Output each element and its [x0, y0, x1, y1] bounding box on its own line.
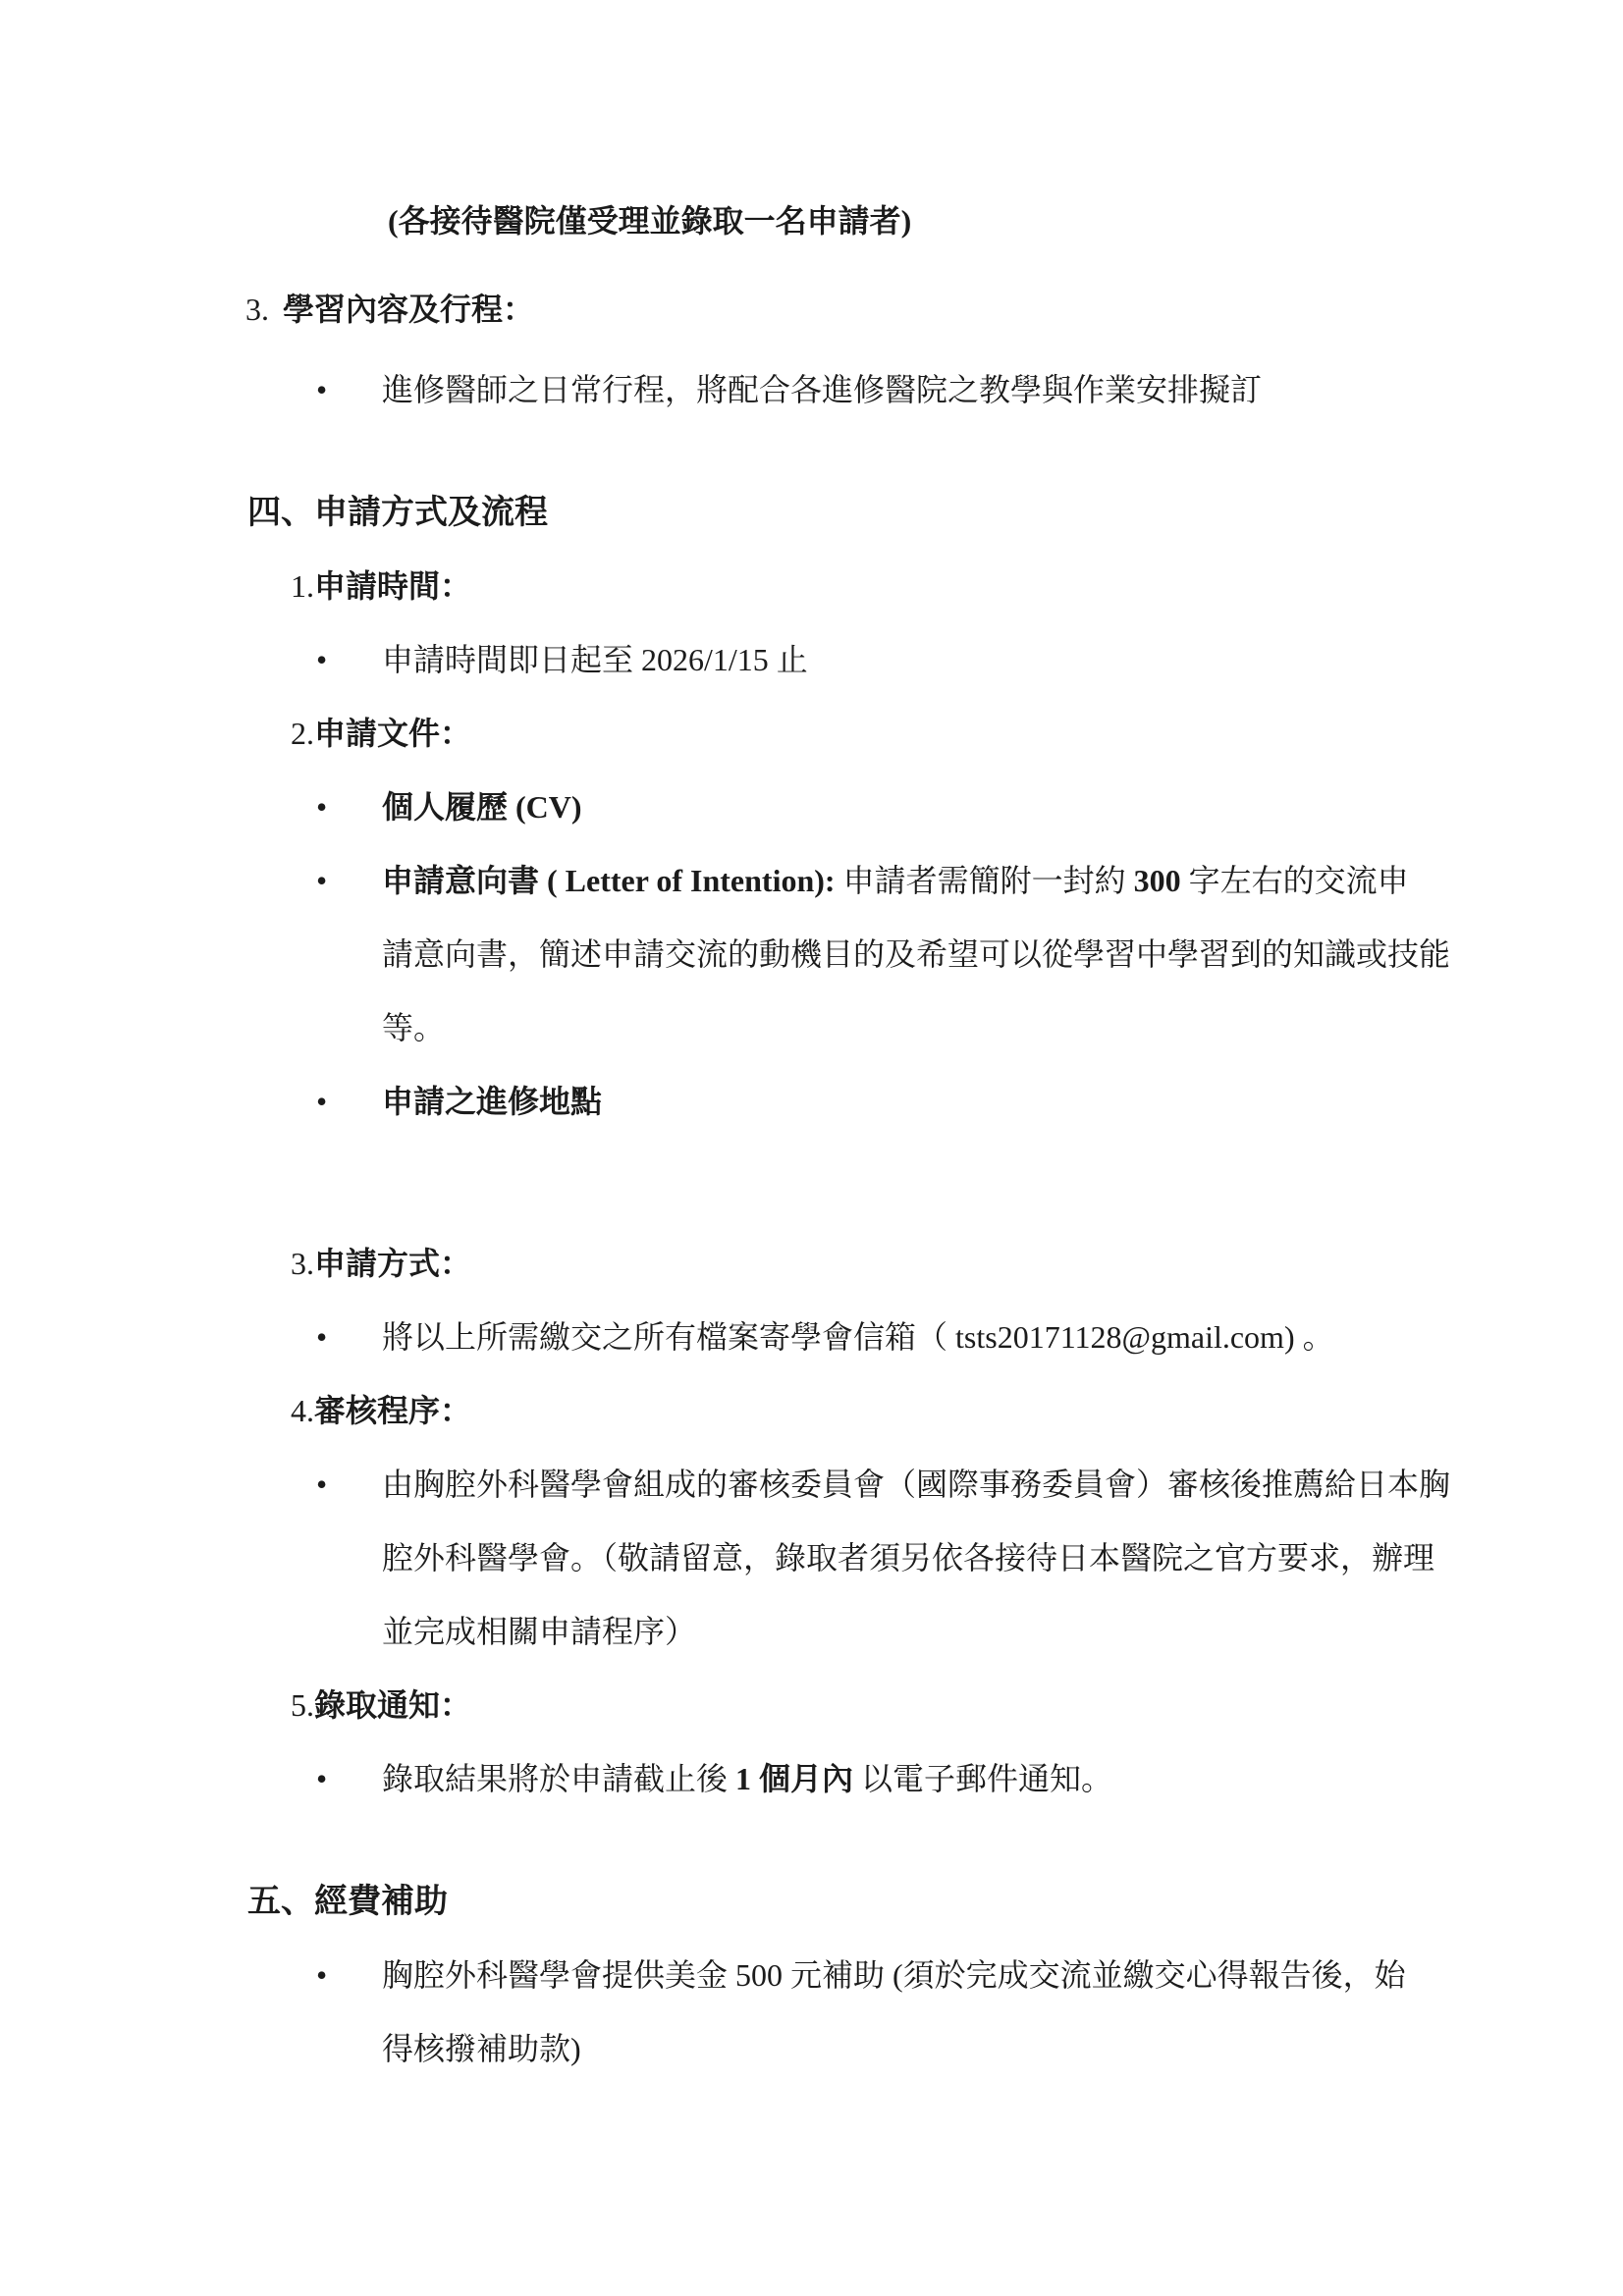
- bullet-icon: •: [316, 353, 327, 427]
- bullet-application-period: • 申請時間即日起至 2026/1/15 止: [0, 623, 1623, 697]
- bullet-text: 胸腔外科醫學會提供美金 500 元補助 (須於完成交流並繳交心得報告後，始: [382, 1957, 1406, 1993]
- sub-item-number: 5.: [291, 1687, 314, 1723]
- bullet-cv: • 個人履歷 (CV): [0, 771, 1623, 844]
- sub-item-label: 錄取通知：: [314, 1687, 471, 1723]
- item-title: 學習內容及行程：: [283, 292, 534, 327]
- bullet-icon: •: [316, 1939, 327, 2012]
- sub-item-application-documents: 2.申請文件：: [0, 697, 1623, 771]
- loi-text-2: 字左右的交流申: [1181, 863, 1409, 898]
- sub-item-number: 3.: [291, 1246, 314, 1281]
- document-page: (各接待醫院僅受理並錄取一名申請者) 3.學習內容及行程： • 進修醫師之日常行…: [0, 0, 1623, 2296]
- bullet-review-committee-line3: 並完成相關申請程序）: [0, 1595, 1623, 1669]
- bullet-text: 個人履歷 (CV): [382, 789, 582, 825]
- sub-item-label: 申請時間：: [314, 568, 471, 604]
- sub-item-review-procedure: 4.審核程序：: [0, 1374, 1623, 1448]
- list-item-study-content: 3.學習內容及行程：: [0, 273, 1623, 347]
- bullet-daily-schedule: • 進修醫師之日常行程，將配合各進修醫院之教學與作業安排擬訂: [0, 353, 1623, 427]
- loi-text-1: 申請者需簡附一封約: [836, 863, 1134, 898]
- sub-item-number: 1.: [291, 568, 314, 604]
- bullet-training-location: • 申請之進修地點: [0, 1065, 1623, 1139]
- result-deadline: 1 個月內: [735, 1761, 853, 1796]
- sub-item-label: 申請文件：: [314, 716, 471, 751]
- bullet-icon: •: [316, 623, 327, 697]
- note-text: (各接待醫院僅受理並錄取一名申請者): [388, 203, 911, 239]
- section-heading-application-process: 四、申請方式及流程: [0, 476, 1623, 550]
- bullet-text: 申請之進修地點: [382, 1084, 602, 1119]
- bullet-text: 將以上所需繳交之所有檔案寄學會信箱（ tsts20171128@gmail.co…: [382, 1319, 1334, 1355]
- bullet-text: 進修醫師之日常行程，將配合各進修醫院之教學與作業安排擬訂: [382, 372, 1262, 407]
- sub-item-admission-notice: 5.錄取通知：: [0, 1669, 1623, 1742]
- sub-item-number: 2.: [291, 716, 314, 751]
- loi-word-count: 300: [1134, 863, 1181, 898]
- sub-item-number: 4.: [291, 1393, 314, 1428]
- bullet-review-committee-line2: 腔外科醫學會。（敬請留意，錄取者須另依各接待日本醫院之官方要求，辦理: [0, 1522, 1623, 1595]
- bullet-icon: •: [316, 1448, 327, 1522]
- note-line: (各接待醫院僅受理並錄取一名申請者): [0, 185, 1623, 258]
- sub-item-application-method: 3.申請方式：: [0, 1227, 1623, 1301]
- bullet-icon: •: [316, 1065, 327, 1139]
- bullet-submission-email: • 將以上所需繳交之所有檔案寄學會信箱（ tsts20171128@gmail.…: [0, 1301, 1623, 1374]
- bullet-text: 由胸腔外科醫學會組成的審核委員會（國際事務委員會）審核後推薦給日本胸: [382, 1467, 1450, 1502]
- bullet-text: 申請時間即日起至 2026/1/15 止: [382, 642, 808, 677]
- section-heading-funding: 五、經費補助: [0, 1865, 1623, 1939]
- bullet-letter-of-intention-line2: 請意向書，簡述申請交流的動機目的及希望可以從學習中學習到的知識或技能: [0, 918, 1623, 991]
- bullet-letter-of-intention-line3: 等。: [0, 991, 1623, 1065]
- bullet-subsidy-line2: 得核撥補助款): [0, 2012, 1623, 2086]
- bullet-icon: •: [316, 1301, 327, 1374]
- item-number: 3.: [245, 292, 269, 327]
- bullet-icon: •: [316, 844, 327, 918]
- loi-label: 申請意向書 ( Letter of Intention):: [382, 863, 836, 898]
- result-text-1: 錄取結果將於申請截止後: [382, 1761, 735, 1796]
- bullet-review-committee: • 由胸腔外科醫學會組成的審核委員會（國際事務委員會）審核後推薦給日本胸: [0, 1448, 1623, 1522]
- sub-item-label: 審核程序：: [314, 1393, 471, 1428]
- bullet-letter-of-intention: • 申請意向書 ( Letter of Intention): 申請者需簡附一封…: [0, 844, 1623, 918]
- bullet-icon: •: [316, 771, 327, 844]
- result-text-2: 以電子郵件通知。: [853, 1761, 1112, 1796]
- bullet-admission-result: • 錄取結果將於申請截止後 1 個月內 以電子郵件通知。: [0, 1742, 1623, 1816]
- bullet-icon: •: [316, 1742, 327, 1816]
- bullet-subsidy: • 胸腔外科醫學會提供美金 500 元補助 (須於完成交流並繳交心得報告後，始: [0, 1939, 1623, 2012]
- sub-item-label: 申請方式：: [314, 1246, 471, 1281]
- sub-item-application-time: 1.申請時間：: [0, 550, 1623, 623]
